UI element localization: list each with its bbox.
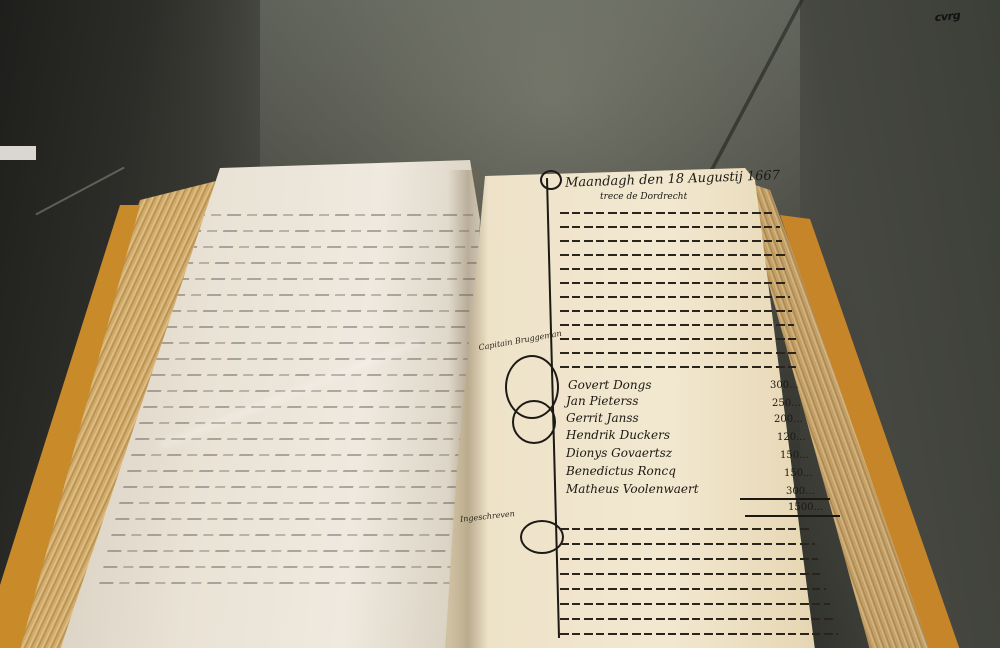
ledger-entry-amount: 150...: [780, 450, 809, 461]
ledger-entry-amount: 300...: [786, 486, 815, 497]
ledger-entry-name: Hendrik Duckers: [566, 428, 670, 442]
margin-flourish: [520, 520, 564, 554]
ledger-entry-amount: 120...: [777, 432, 806, 443]
ledger-entry-amount: 300...: [770, 380, 799, 391]
total-rule: [745, 515, 840, 517]
display-case-scene: cvrg Maandagh den 18 Augustij 1667 trece…: [0, 0, 1000, 648]
ledger-entry-amount: 150...: [784, 468, 813, 479]
total-rule: [740, 498, 830, 500]
ledger-entry-name: Gerrit Janss: [566, 411, 639, 425]
page-subheading: trece de Dordrecht: [600, 192, 687, 202]
margin-flourish: [512, 400, 556, 444]
ledger-total: 1500...: [788, 502, 823, 513]
ledger-entry-name: Govert Dongs: [568, 378, 651, 392]
heading-flourish: [540, 170, 562, 190]
margin-note: Ingeschreven: [460, 509, 516, 524]
ledger-entry-amount: 200...: [774, 414, 803, 425]
ledger-entry-name: Benedictus Roncq: [566, 464, 676, 478]
ledger-entry-name: Matheus Voolenwaert: [566, 482, 699, 496]
ledger-entry-amount: 250...: [772, 398, 801, 409]
right-page-text: Maandagh den 18 Augustij 1667 trece de D…: [0, 0, 1000, 648]
page-heading: Maandagh den 18 Augustij 1667: [565, 168, 780, 190]
ledger-entry-name: Jan Pieterss: [566, 394, 639, 408]
ledger-entry-name: Dionys Govaertsz: [566, 446, 672, 460]
